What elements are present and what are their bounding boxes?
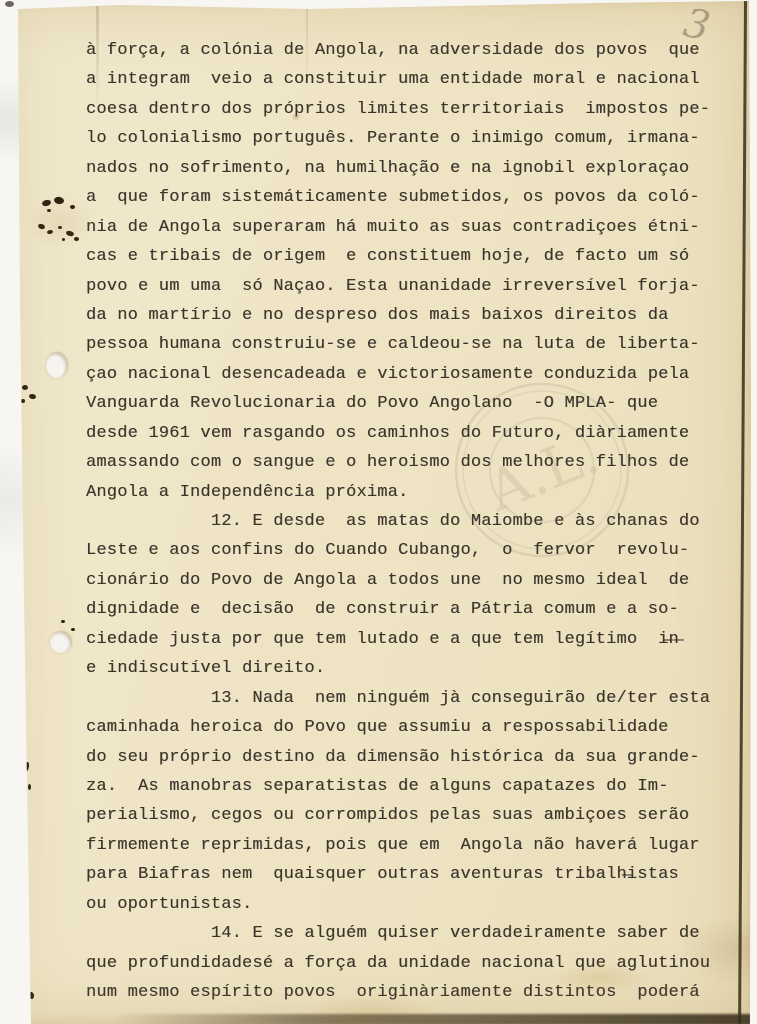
typed-text-block: à força, a colónia de Angola, na adversi… <box>86 36 734 1007</box>
typed-line: firmemente reprimidas, pois que em Angol… <box>86 831 734 860</box>
typed-line: ou oportunistas. <box>86 890 734 919</box>
typed-line: à força, a colónia de Angola, na adversi… <box>86 36 734 65</box>
typed-line: caminhada heroica do Povo que assumiu a … <box>86 713 734 742</box>
scan-background: { "document": { "handwritten_page_number… <box>0 0 757 1024</box>
typed-line: cionário do Povo de Angola a todos une n… <box>86 566 734 595</box>
typed-line: nados no sofrimento, na humilhação e na … <box>86 154 734 183</box>
typed-line: dignidade e decisão de construir a Pátri… <box>86 595 734 624</box>
bottom-edge-shadow <box>110 1014 751 1024</box>
typed-line: çao nacional desencadeada e victoriosame… <box>86 360 734 389</box>
typed-line: 12. E desde as matas do Maiombe e às cha… <box>86 507 734 536</box>
punch-hole-bottom <box>50 631 72 653</box>
typed-line: za. As manobras separatistas de alguns c… <box>86 772 734 801</box>
typed-line: perialismo, cegos ou corrompidos pelas s… <box>86 801 734 830</box>
typed-line: 13. Nada nem ninguém jà conseguirão de/t… <box>86 684 734 713</box>
typed-line: que profundidadesé a força da unidade na… <box>86 949 734 978</box>
typed-line: cas e tribais de origem e constituem hoj… <box>86 242 734 271</box>
typed-line: da no martírio e no despreso dos mais ba… <box>86 301 734 330</box>
typed-line: para Biafras nem quaisquer outras aventu… <box>86 860 734 889</box>
typed-line: nia de Angola superaram há muito as suas… <box>86 213 734 242</box>
typed-line: lo colonialismo português. Perante o ini… <box>86 124 734 153</box>
typed-line: 14. E se alguém quiser verdadeiramente s… <box>86 919 734 948</box>
typed-line: num mesmo espírito povos originàriamente… <box>86 978 734 1007</box>
typed-line: Leste e aos confins do Cuando Cubango, o… <box>86 536 734 565</box>
typed-line: amassando com o sangue e o heroismo dos … <box>86 448 734 477</box>
typed-line: e indiscutível direito. <box>86 654 734 683</box>
typed-line: do seu próprio destino da dimensão histó… <box>86 743 734 772</box>
typed-line: pessoa humana construiu-se e caldeou-se … <box>86 330 734 359</box>
punch-hole-top <box>46 352 68 378</box>
typed-line: povo e um uma só Naçao. Esta unanidade i… <box>86 272 734 301</box>
typed-line: ciedade justa por que tem lutado e a que… <box>86 625 734 654</box>
typed-line: a integram veio a constituir uma entidad… <box>86 65 734 94</box>
typed-line: coesa dentro dos próprios limites territ… <box>86 95 734 124</box>
typed-line: a que foram sistemáticamente submetidos,… <box>86 183 734 212</box>
scanner-edge-mark <box>5 1 14 7</box>
typed-line: Vanguarda Revolucionaria do Povo Angolan… <box>86 389 734 418</box>
document-page: A.L. à força, a colónia de Angola, na ad… <box>0 0 751 1024</box>
right-edge-line <box>738 0 747 1024</box>
typed-line: Angola a Independência próxima. <box>86 478 734 507</box>
typed-line: desde 1961 vem rasgando os caminhos do F… <box>86 419 734 448</box>
